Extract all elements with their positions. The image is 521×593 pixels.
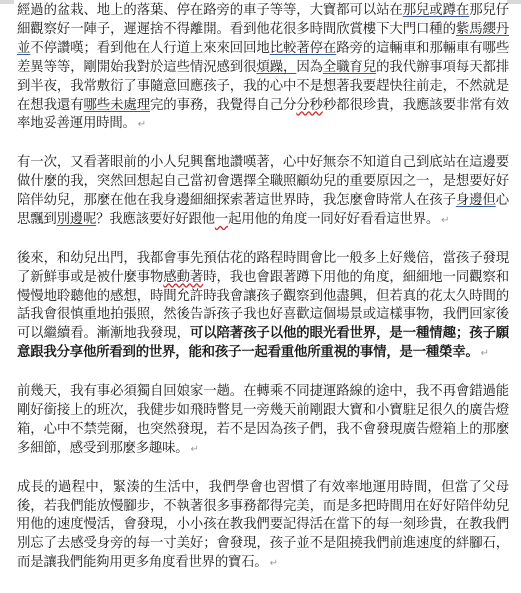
text-run: 成長的過程中，緊湊的生活中，我們學會也習慣了有效率地運用時間，但當了父母後，若我… [17, 480, 509, 571]
paragraph-2[interactable]: 有一次，又看著眼前的小人兒興奮地讚嘆著，心中好無奈不知道自己到底站在這邊要做什麼… [17, 154, 509, 231]
spellcheck-underlined-text[interactable]: 一 [215, 212, 228, 227]
grammar-underlined-text[interactable]: 煩躁， [256, 60, 296, 75]
page-corner-mark-top-right [507, 0, 521, 4]
page-end-corner-mark [17, 517, 22, 522]
text-run: ？我應該要好好跟他 [96, 212, 215, 227]
page-corner-mark-top-left [0, 0, 14, 4]
grammar-underlined-text[interactable]: 別邊呢 [57, 212, 97, 227]
paragraph-mark-icon: ↵ [138, 119, 146, 130]
spellcheck-underlined-text[interactable]: 分秒 [296, 98, 323, 113]
spellcheck-underlined-text[interactable]: 感動著 [163, 270, 203, 285]
text-run: 前幾天，我有事必須獨自回娘家一趟。在轉乘不同捷運路線的途中，我不再會錯過能剛好銜… [17, 384, 509, 456]
document-body[interactable]: 經過的盆栽、地上的落葉、停在路旁的車子等等，大寶都可以站在那兒或蹲在那兒仔細觀察… [17, 2, 509, 574]
text-run: 起用他的角度一同好好看看這世界。 [228, 212, 439, 227]
paragraph-mark-icon: ↵ [481, 348, 489, 359]
grammar-underlined-text[interactable]: 哪些未處理 [84, 98, 151, 113]
paragraph-1[interactable]: 經過的盆栽、地上的落葉、停在路旁的車子等等，大寶都可以站在那兒或蹲在那兒仔細觀察… [17, 2, 509, 135]
paragraph-mark-icon: ↵ [441, 215, 449, 226]
text-run: 有一次，又看著眼前的小人兒興奮地讚嘆著，心中好無奈不知道自己到底站在這邊要做什麼… [17, 155, 509, 208]
text-run: 完的事務，我覺得自己分 [150, 98, 296, 113]
paragraph-5[interactable]: 成長的過程中，緊湊的生活中，我們學會也習慣了有效率地運用時間，但當了父母後，若我… [17, 479, 509, 575]
grammar-underlined-text[interactable]: 那兒或蹲在 [403, 3, 470, 18]
paragraph-3[interactable]: 後來，和幼兒出門，我都會事先預估花的路程時間會比一般多上好幾倍，當孩子發現了新鮮… [17, 250, 509, 364]
paragraph-4[interactable]: 前幾天，我有事必須獨自回娘家一趟。在轉乘不同捷運路線的途中，我不再會錯過能剛好銜… [17, 383, 509, 460]
paragraph-mark-icon: ↵ [270, 558, 278, 569]
grammar-underlined-text[interactable]: 全職育兒 [323, 60, 376, 75]
grammar-underlined-text[interactable]: 身邊但 [456, 193, 496, 208]
paragraph-mark-icon: ↵ [190, 444, 198, 455]
text-run: 不停讚嘆；看到他在人行道上來來回回地 [30, 41, 269, 56]
text-run: 因為 [296, 60, 323, 75]
grammar-underlined-text[interactable]: 比較著停在 [270, 41, 337, 56]
document-page: 經過的盆栽、地上的落葉、停在路旁的車子等等，大寶都可以站在那兒或蹲在那兒仔細觀察… [0, 0, 521, 593]
text-run: 經過的盆栽、地上的落葉、停在路旁的車子等等，大寶都可以站在 [17, 3, 403, 18]
